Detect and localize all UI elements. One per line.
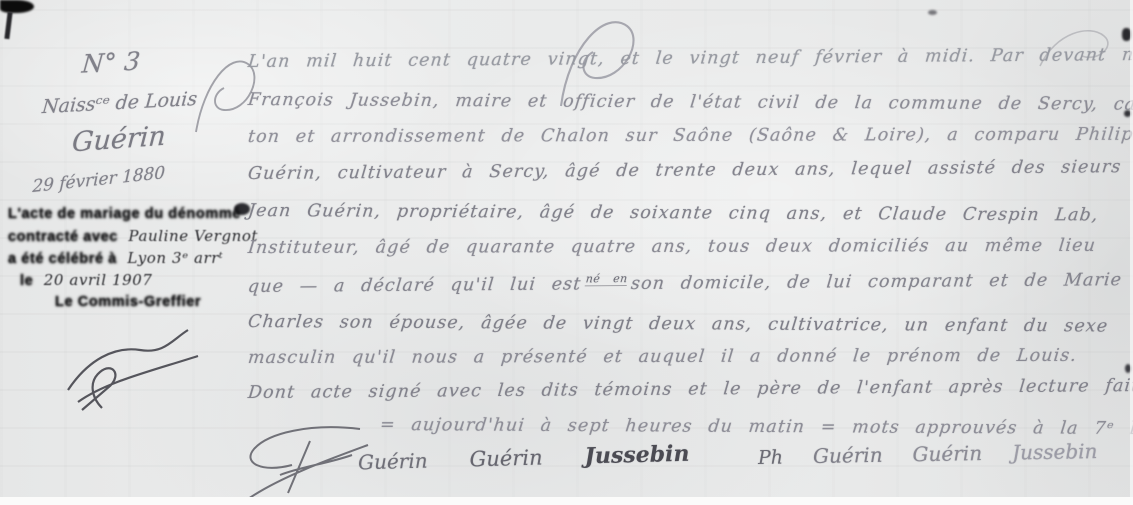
stamp-text-line4: le (20, 273, 33, 289)
signature-ph-initials: Ph (758, 447, 783, 469)
act-line-3: ton et arrondissement de Chalon sur Saôn… (247, 125, 1133, 147)
stamp-text-line3: a été célébré à (8, 251, 117, 267)
act-line-7: que — a déclaré qu'il lui estné enson do… (247, 268, 1123, 297)
act-line-7-post: son domicile, de lui comparant et de Mar… (630, 270, 1123, 294)
scan-artifact-top-left-tail (4, 12, 12, 39)
stamp-handwritten-date: 20 avril 1907 (44, 271, 153, 289)
scan-edge-bottom-band (0, 497, 1133, 505)
stamp-handwritten-place: Lyon 3ᵉ arrᵗ (127, 249, 223, 267)
act-line-1: L'an mil huit cent quatre vingt, et le v… (247, 45, 1133, 72)
signature-witness-guerin: Guérin (469, 446, 543, 472)
signature-father: Guérin (358, 449, 428, 475)
act-line-5: Jean Guérin, propriétaire, âgé de soixan… (247, 201, 1100, 225)
signature-mayor-jussebin: Jussebin (584, 441, 690, 470)
record-title-line2: Guérin (71, 121, 167, 159)
stamp-handwritten-spouse-name: Pauline Vergnot (128, 227, 258, 245)
signature-row-right: Ph Guérin Guérin Jussebin (758, 439, 1098, 469)
act-line-6: Instituteur, âgé de quarante quatre ans,… (247, 236, 1097, 258)
scan-artifact-dot-top-center (928, 10, 937, 15)
stamp-text-line2: contracté avec (8, 229, 118, 245)
act-line-2: François Jussebin, maire et officier de … (247, 90, 1133, 115)
scan-artifact-top-left-blot (0, 0, 34, 13)
act-line-7-pre: que — a déclaré qu'il lui est (247, 274, 582, 297)
act-line-7-interlinear-correction: né en (585, 272, 628, 286)
stamp-text-clerk-title: Le Commis-Greffier (55, 294, 201, 310)
act-line-4: Guérin, cultivateur à Sercy, âgé de tren… (247, 157, 1122, 184)
act-line-8: Charles son épouse, âgée de vingt deux a… (247, 312, 1109, 336)
act-line-9: masculin qu'il nous a présenté et auquel… (247, 346, 1078, 368)
signature-guerin-3: Guérin (912, 441, 982, 466)
signature-guerin-2: Guérin (813, 443, 883, 468)
scanned-register-page: N° 3 Naissᶜᵉ de Louis Guérin 29 février … (0, 0, 1133, 505)
signature-row-left: Guérin Guérin Jussebin (358, 441, 690, 476)
stamp-text-line1: L'acte de mariage du dénommé (8, 206, 241, 222)
margin-clerk-signature (48, 312, 223, 412)
record-title-line1: Naissᶜᵉ de Louis (41, 88, 198, 118)
act-line-10: Dont acte signé avec les dits témoins et… (247, 376, 1133, 403)
record-date: 29 février 1880 (32, 163, 165, 197)
act-line-11: = aujourd'hui à sept heures du matin = m… (379, 415, 1133, 439)
mayor-paraph-flourish (240, 415, 375, 503)
record-number: N° 3 (81, 46, 142, 78)
signature-jussebin-2: Jussebin (1012, 439, 1098, 464)
